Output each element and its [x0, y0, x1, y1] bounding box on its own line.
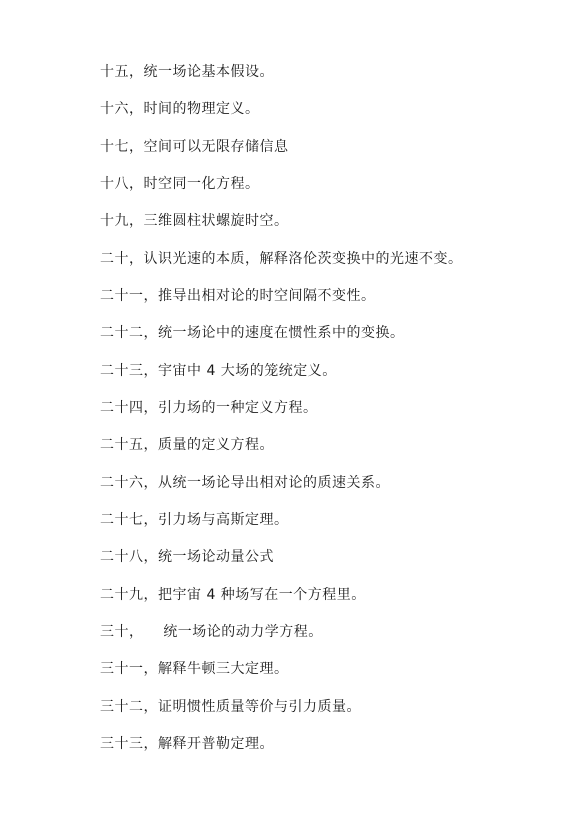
topic-list: 十五，统一场论基本假设。 十六，时间的物理定义。 十七，空间可以无限存储信息 十… [100, 62, 463, 771]
list-item: 二十九，把宇宙 4 种场写在一个方程里。 [100, 585, 463, 622]
item-text: 从统一场论导出相对论的质速关系。 [158, 475, 390, 491]
list-item: 二十四，引力场的一种定义方程。 [100, 398, 463, 435]
item-number: 二十六， [100, 475, 158, 491]
item-number: 十九， [100, 213, 144, 229]
item-text: 统一场论基本假设。 [144, 64, 275, 80]
item-text: 质量的定义方程。 [158, 437, 274, 453]
item-text: 引力场与高斯定理。 [158, 512, 289, 528]
item-text: 引力场的一种定义方程。 [158, 400, 318, 416]
item-number: 二十八， [100, 549, 158, 565]
item-text: 推导出相对论的时空间隔不变性。 [158, 288, 376, 304]
item-number: 二十五， [100, 437, 158, 453]
item-number: 二十七， [100, 512, 158, 528]
item-text: 认识光速的本质，解释洛伦茨变换中的光速不变。 [144, 251, 463, 267]
list-item: 三十， 统一场论的动力学方程。 [100, 622, 463, 659]
item-text: 把宇宙 4 种场写在一个方程里。 [158, 587, 366, 603]
item-number: 二十一， [100, 288, 158, 304]
item-text: 统一场论动量公式 [158, 549, 274, 565]
item-number: 三十二， [100, 699, 158, 715]
list-item: 十五，统一场论基本假设。 [100, 62, 463, 99]
item-number: 十六， [100, 101, 144, 117]
list-item: 二十五，质量的定义方程。 [100, 435, 463, 472]
list-item: 二十六，从统一场论导出相对论的质速关系。 [100, 473, 463, 510]
list-item: 二十七，引力场与高斯定理。 [100, 510, 463, 547]
item-number: 十七， [100, 139, 144, 155]
item-text: 解释牛顿三大定理。 [158, 661, 289, 677]
list-item: 二十二，统一场论中的速度在惯性系中的变换。 [100, 323, 463, 360]
list-item: 十八，时空同一化方程。 [100, 174, 463, 211]
item-number: 三十， [100, 624, 163, 640]
item-text: 统一场论的动力学方程。 [163, 624, 323, 640]
list-item: 十九，三维圆柱状螺旋时空。 [100, 211, 463, 248]
list-item: 三十一，解释牛顿三大定理。 [100, 659, 463, 696]
item-number: 二十九， [100, 587, 158, 603]
list-item: 二十三，宇宙中 4 大场的笼统定义。 [100, 361, 463, 398]
item-number: 三十一， [100, 661, 158, 677]
item-number: 十五， [100, 64, 144, 80]
item-number: 二十三， [100, 363, 158, 379]
item-text: 解释开普勒定理。 [158, 736, 274, 752]
item-number: 十八， [100, 176, 144, 192]
item-text: 时间的物理定义。 [144, 101, 260, 117]
list-item: 十七，空间可以无限存储信息 [100, 137, 463, 174]
item-text: 统一场论中的速度在惯性系中的变换。 [158, 325, 405, 341]
list-item: 二十八，统一场论动量公式 [100, 547, 463, 584]
item-number: 二十二， [100, 325, 158, 341]
item-text: 时空同一化方程。 [144, 176, 260, 192]
document-page: 十五，统一场论基本假设。 十六，时间的物理定义。 十七，空间可以无限存储信息 十… [0, 0, 577, 829]
list-item: 二十一，推导出相对论的时空间隔不变性。 [100, 286, 463, 323]
list-item: 三十二，证明惯性质量等价与引力质量。 [100, 697, 463, 734]
item-text: 三维圆柱状螺旋时空。 [144, 213, 289, 229]
item-number: 二十四， [100, 400, 158, 416]
list-item: 二十，认识光速的本质，解释洛伦茨变换中的光速不变。 [100, 249, 463, 286]
list-item: 十六，时间的物理定义。 [100, 99, 463, 136]
list-item: 三十三，解释开普勒定理。 [100, 734, 463, 771]
item-number: 三十三， [100, 736, 158, 752]
item-number: 二十， [100, 251, 144, 267]
item-text: 空间可以无限存储信息 [144, 139, 289, 155]
item-text: 宇宙中 4 大场的笼统定义。 [158, 363, 337, 379]
item-text: 证明惯性质量等价与引力质量。 [158, 699, 361, 715]
